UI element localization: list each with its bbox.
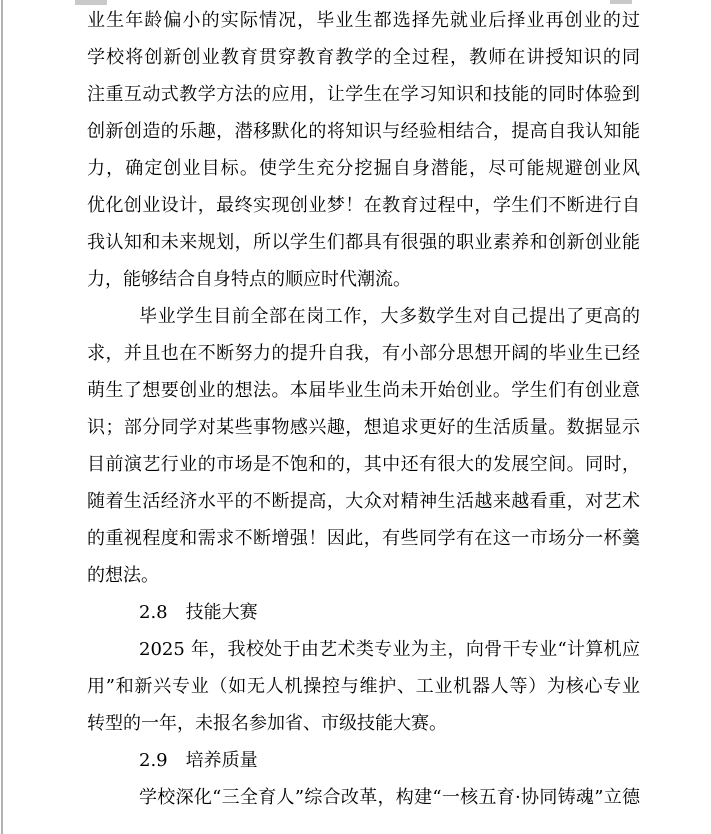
text-line: 2.8 技能大赛 (87, 594, 640, 631)
text-line: 注重互动式教学方法的应用，让学生在学习知识和技能的同时体验到 (87, 76, 640, 113)
text-line: 我认知和未来规划，所以学生们都具有很强的职业素养和创新创业能 (87, 224, 640, 261)
text-line: 转型的一年，未报名参加省、市级技能大赛。 (87, 705, 640, 742)
text-line: 2.9 培养质量 (87, 742, 640, 779)
text-line: 的想法。 (87, 557, 640, 594)
text-line: 业生年龄偏小的实际情况，毕业生都选择先就业后择业再创业的过程。 (87, 2, 640, 39)
text-line: 识；部分同学对某些事物感兴趣，想追求更好的生活质量。数据显示 (87, 409, 640, 446)
text-line: 随着生活经济水平的不断提高，大众对精神生活越来越看重，对艺术 (87, 483, 640, 520)
text-line: 萌生了想要创业的想法。本届毕业生尚未开始创业。学生们有创业意 (87, 372, 640, 409)
text-line: 的重视程度和需求不断增强！因此，有些同学有在这一市场分一杯羹 (87, 520, 640, 557)
text-line: 学校深化“三全育人”综合改革，构建“一核五育·协同铸魂”立德 (87, 779, 640, 816)
text-line: 力，能够结合自身特点的顺应时代潮流。 (87, 261, 640, 298)
text-line: 求，并且也在不断努力的提升自我，有小部分思想开阔的毕业生已经 (87, 335, 640, 372)
page-left-edge (1, 0, 3, 834)
text-line: 用”和新兴专业（如无人机操控与维护、工业机器人等）为核心专业 (87, 668, 640, 705)
text-line: 力，确定创业目标。使学生充分挖掘自身潜能，尽可能规避创业风险， (87, 150, 640, 187)
text-line: 毕业学生目前全部在岗工作，大多数学生对自己提出了更高的要 (87, 298, 640, 335)
text-line: 优化创业设计，最终实现创业梦！在教育过程中，学生们不断进行自 (87, 187, 640, 224)
text-line: 学校将创新创业教育贯穿教育教学的全过程，教师在讲授知识的同时， (87, 39, 640, 76)
document-text-block[interactable]: 业生年龄偏小的实际情况，毕业生都选择先就业后择业再创业的过程。学校将创新创业教育… (87, 2, 640, 816)
text-line: 2025 年，我校处于由艺术类专业为主，向骨干专业“计算机应 (87, 631, 640, 668)
text-line: 目前演艺行业的市场是不饱和的，其中还有很大的发展空间。同时， (87, 446, 640, 483)
document-page: 业生年龄偏小的实际情况，毕业生都选择先就业后择业再创业的过程。学校将创新创业教育… (0, 0, 711, 834)
text-line: 创新创造的乐趣，潜移默化的将知识与经验相结合，提高自我认知能 (87, 113, 640, 150)
